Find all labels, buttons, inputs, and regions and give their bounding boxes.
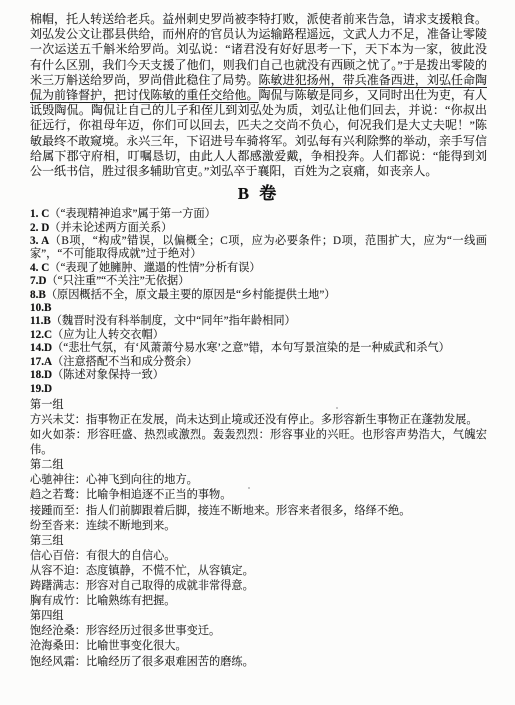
scan-speck bbox=[254, 352, 256, 354]
answer-line: 10.B bbox=[30, 302, 487, 315]
answer-label: 4. C bbox=[30, 262, 49, 274]
idiom-definition: 沧海桑田：比喻世事变化很大。 bbox=[30, 639, 487, 654]
idiom-definition: 从容不迫：态度镇静，不慌不忙，从容镇定。 bbox=[30, 564, 487, 579]
answer-label: 3. A bbox=[30, 235, 49, 247]
answer-line: 3. A（B项，“构成”错误，以偏概全；C项，应为必要条件；D项，范围扩大，应为… bbox=[30, 235, 487, 262]
answer-label: 7.D bbox=[30, 275, 46, 287]
idiom-definition: 饱经风霜：比喻经历了很多艰难困苦的磨练。 bbox=[30, 655, 487, 670]
idiom-group-1: 第一组 方兴未艾：指事物正在发展，尚未达到止境或还没有停止。多形容新生事物正在蓬… bbox=[30, 398, 487, 458]
answer-note: （注意搭配不当和成分赘余） bbox=[52, 356, 197, 368]
scan-speck bbox=[248, 487, 250, 489]
answer-line: 19.D bbox=[30, 383, 487, 396]
answer-label: 18.D bbox=[30, 369, 52, 381]
scanned-answer-key-page: 棉帽，托人转送给老兵。益州刺史罗尚被李特打败，派使者前来告急，请求支援粮食。刘弘… bbox=[0, 0, 515, 705]
idiom-group-4: 第四组 饱经沧桑：形容经历过很多世事变迁。 沧海桑田：比喻世事变化很大。 饱经风… bbox=[30, 609, 487, 669]
answer-line: 4. C（“表现了她臃肿、邋遢的性情”分析有误） bbox=[30, 262, 487, 275]
answer-label: 14.D bbox=[30, 342, 52, 354]
answer-note: （魏晋时没有科举制度，文中“同年”指年龄相同） bbox=[51, 315, 296, 327]
idiom-definition: 踌躇满志：形容对自己取得的成就非常得意。 bbox=[30, 579, 487, 594]
idiom-definition: 接踵而至：指人们前脚跟着后脚，接连不断地来。形容来者很多，络绎不绝。 bbox=[30, 504, 487, 519]
answer-label: 2. D bbox=[30, 222, 49, 234]
idiom-definition: 如火如荼：形容旺盛、热烈或激烈。轰轰烈烈：形容事业的兴旺。也形容声势浩大，气魄宏… bbox=[30, 428, 487, 458]
scan-speck bbox=[351, 344, 353, 346]
idiom-definition: 饱经沧桑：形容经历过很多世事变迁。 bbox=[30, 624, 487, 639]
answer-line: 14.D（“悲壮气氛，有‘风萧萧兮易水寒’之意”错，本句写景渲染的是一种威武和杀… bbox=[30, 342, 487, 355]
group-title: 第三组 bbox=[30, 534, 487, 549]
idiom-definition: 纷至沓来：连续不断地到来。 bbox=[30, 519, 487, 534]
idiom-explanation-groups: 第一组 方兴未艾：指事物正在发展，尚未达到止境或还没有停止。多形容新生事物正在蓬… bbox=[30, 398, 487, 670]
answer-line: 8.B（原因概括不全，原文最主要的原因是“乡村能提供土地”） bbox=[30, 289, 487, 302]
answer-note: （并未论述两方面关系） bbox=[49, 222, 172, 234]
page-content: 棉帽，托人转送给老兵。益州刺史罗尚被李特打败，派使者前来告急，请求支援粮食。刘弘… bbox=[30, 12, 487, 670]
idiom-definition: 心驰神往：心神飞到向往的地方。 bbox=[30, 473, 487, 488]
answer-note: （B项，“构成”错误，以偏概全；C项，应为必要条件；D项，范围扩大，应为“一线画… bbox=[30, 235, 487, 260]
answer-line: 2. D（并未论述两方面关系） bbox=[30, 222, 487, 235]
answer-label: 17.A bbox=[30, 356, 52, 368]
group-title: 第二组 bbox=[30, 458, 487, 473]
answer-line: 11.B（魏晋时没有科举制度，文中“同年”指年龄相同） bbox=[30, 315, 487, 328]
answer-note: （“表现精神追求”属于第一方面） bbox=[49, 208, 216, 220]
answer-note: （原因概括不全，原文最主要的原因是“乡村能提供土地”） bbox=[46, 289, 336, 301]
idiom-definition: 趋之若鹜：比喻争相追逐不正当的事物。 bbox=[30, 488, 487, 503]
answer-label: 10.B bbox=[30, 302, 51, 314]
answer-label: 19.D bbox=[30, 383, 52, 395]
idiom-group-2: 第二组 心驰神往：心神飞到向往的地方。 趋之若鹜：比喻争相追逐不正当的事物。 接… bbox=[30, 458, 487, 533]
answer-line: 18.D（陈述对象保持一致） bbox=[30, 369, 487, 382]
answer-label: 8.B bbox=[30, 289, 46, 301]
answer-label: 12.C bbox=[30, 329, 52, 341]
classical-translation-passage: 棉帽，托人转送给老兵。益州刺史罗尚被李特打败，派使者前来告急，请求支援粮食。刘弘… bbox=[30, 12, 487, 179]
answer-note: （“表现了她臃肿、邋遢的性情”分析有误） bbox=[49, 262, 260, 274]
answer-note: （“悲壮气氛，有‘风萧萧兮易水寒’之意”错，本句写景渲染的是一种威武和杀气） bbox=[52, 342, 450, 354]
idiom-definition: 胸有成竹：比喻熟练有把握。 bbox=[30, 594, 487, 609]
answer-label: 11.B bbox=[30, 315, 51, 327]
answer-line: 12.C（应为让人转交衣帽） bbox=[30, 329, 487, 342]
answer-note: （应为让人转交衣帽） bbox=[52, 329, 164, 341]
answer-line: 1. C（“表现精神追求”属于第一方面） bbox=[30, 208, 487, 221]
section-heading-b-volume: B 卷 bbox=[30, 184, 487, 204]
answer-note: （陈述对象保持一致） bbox=[52, 369, 164, 381]
answer-note: （“只注重”“不关注”无依据） bbox=[46, 275, 189, 287]
idiom-definition: 信心百倍：有很大的自信心。 bbox=[30, 549, 487, 564]
scan-speck bbox=[336, 407, 338, 409]
group-title: 第四组 bbox=[30, 609, 487, 624]
answer-key-list: 1. C（“表现精神追求”属于第一方面） 2. D（并未论述两方面关系） 3. … bbox=[30, 208, 487, 396]
group-title: 第一组 bbox=[30, 398, 487, 413]
answer-line: 7.D（“只注重”“不关注”无依据） bbox=[30, 275, 487, 288]
answer-label: 1. C bbox=[30, 208, 49, 220]
idiom-definition: 方兴未艾：指事物正在发展，尚未达到止境或还没有停止。多形容新生事物正在蓬勃发展。 bbox=[30, 413, 487, 428]
answer-line: 17.A（注意搭配不当和成分赘余） bbox=[30, 356, 487, 369]
idiom-group-3: 第三组 信心百倍：有很大的自信心。 从容不迫：态度镇静，不慌不忙，从容镇定。 踌… bbox=[30, 534, 487, 609]
